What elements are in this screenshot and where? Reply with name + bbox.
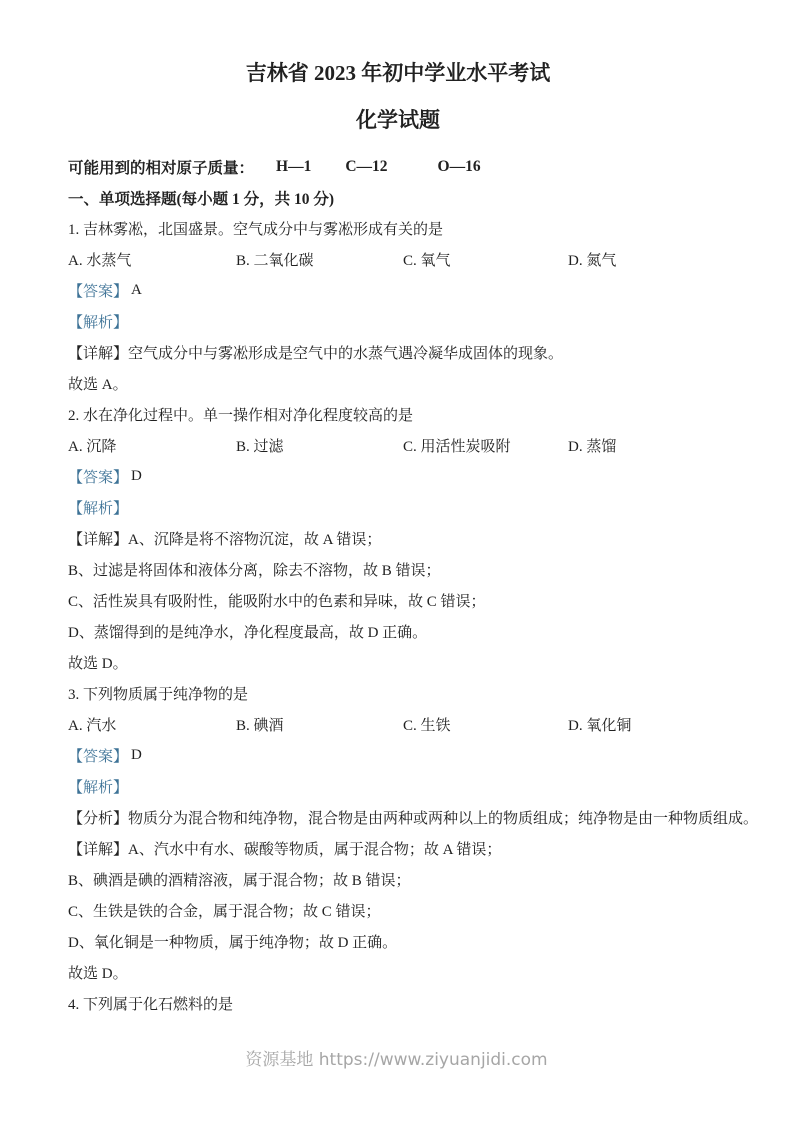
answer-value: D — [131, 468, 142, 485]
question-2-detail-line: C、活性炭具有吸附性，能吸附水中的色素和异味，故 C 错误； — [68, 585, 728, 616]
atomic-mass-h: H—1 — [276, 158, 311, 176]
question-3-options: A. 汽水 B. 碘酒 C. 生铁 D. 氧化铜 — [68, 709, 728, 740]
question-3-analysis-tag-line: 【解析】 — [68, 771, 728, 802]
answer-tag: 【答案】 — [68, 280, 128, 301]
question-1-options: A. 水蒸气 B. 二氧化碳 C. 氧气 D. 氮气 — [68, 244, 728, 275]
question-3-detail-line: D、氧化铜是一种物质，属于纯净物；故 D 正确。 — [68, 926, 728, 957]
atomic-mass-note: 可能用到的相对原子质量： H—1 C—12 O—16 — [68, 151, 728, 182]
question-3-detail-line: C、生铁是铁的合金，属于混合物；故 C 错误； — [68, 895, 728, 926]
question-3-answer-line: 【答案】D — [68, 740, 728, 771]
answer-value: A — [131, 282, 142, 299]
question-3-option-a: A. 汽水 — [68, 714, 236, 735]
question-2-stem: 2. 水在净化过程中。单一操作相对净化程度较高的是 — [68, 399, 728, 430]
question-3-detail-line: B、碘酒是碘的酒精溶液，属于混合物；故 B 错误； — [68, 864, 728, 895]
question-2-answer-line: 【答案】D — [68, 461, 728, 492]
atomic-mass-o: O—16 — [438, 158, 481, 176]
question-2-option-b: B. 过滤 — [236, 435, 403, 456]
section-heading: 一、单项选择题(每小题 1 分，共 10 分) — [68, 182, 728, 213]
exam-subtitle: 化学试题 — [68, 105, 728, 135]
question-2-option-c: C. 用活性炭吸附 — [403, 435, 568, 456]
question-2-detail-line: 【详解】A、沉降是将不溶物沉淀，故 A 错误； — [68, 523, 728, 554]
question-3-detail-line: 【详解】A、汽水中有水、碳酸等物质，属于混合物；故 A 错误； — [68, 833, 728, 864]
answer-tag: 【答案】 — [68, 466, 128, 487]
question-1-option-d: D. 氮气 — [568, 249, 728, 270]
question-3-option-d: D. 氧化铜 — [568, 714, 728, 735]
document-page: 吉林省 2023 年初中学业水平考试 化学试题 可能用到的相对原子质量： H—1… — [0, 0, 793, 1122]
atomic-mass-label: 可能用到的相对原子质量： — [68, 156, 254, 178]
question-3-stem: 3. 下列物质属于纯净物的是 — [68, 678, 728, 709]
document-content: 吉林省 2023 年初中学业水平考试 化学试题 可能用到的相对原子质量： H—1… — [68, 58, 728, 1019]
question-1-option-c: C. 氧气 — [403, 249, 568, 270]
question-2-option-d: D. 蒸馏 — [568, 435, 728, 456]
question-2-conclusion-line: 故选 D。 — [68, 647, 728, 678]
question-1-option-b: B. 二氧化碳 — [236, 249, 403, 270]
question-2-analysis-tag-line: 【解析】 — [68, 492, 728, 523]
question-2-detail-line: D、蒸馏得到的是纯净水，净化程度最高，故 D 正确。 — [68, 616, 728, 647]
question-3-analysis-line: 【分析】物质分为混合物和纯净物，混合物是由两种或两种以上的物质组成；纯净物是由一… — [68, 802, 728, 833]
question-4-stem: 4. 下列属于化石燃料的是 — [68, 988, 728, 1019]
question-2-option-a: A. 沉降 — [68, 435, 236, 456]
atomic-mass-c: C—12 — [345, 158, 387, 176]
analysis-tag: 【解析】 — [68, 776, 128, 797]
question-1-stem: 1. 吉林雾凇，北国盛景。空气成分中与雾凇形成有关的是 — [68, 213, 728, 244]
question-3-conclusion-line: 故选 D。 — [68, 957, 728, 988]
question-3-option-c: C. 生铁 — [403, 714, 568, 735]
question-3-option-b: B. 碘酒 — [236, 714, 403, 735]
question-1-answer-line: 【答案】A — [68, 275, 728, 306]
question-2-options: A. 沉降 B. 过滤 C. 用活性炭吸附 D. 蒸馏 — [68, 430, 728, 461]
question-1-detail-line: 【详解】空气成分中与雾凇形成是空气中的水蒸气遇冷凝华成固体的现象。 — [68, 337, 728, 368]
analysis-tag: 【解析】 — [68, 497, 128, 518]
analysis-tag: 【解析】 — [68, 311, 128, 332]
question-1-conclusion-line: 故选 A。 — [68, 368, 728, 399]
question-2-detail-line: B、过滤是将固体和液体分离，除去不溶物，故 B 错误； — [68, 554, 728, 585]
watermark-footer: 资源基地 https://www.ziyuanjidi.com — [0, 1045, 793, 1075]
answer-tag: 【答案】 — [68, 745, 128, 766]
question-1-option-a: A. 水蒸气 — [68, 249, 236, 270]
answer-value: D — [131, 747, 142, 764]
question-1-analysis-tag-line: 【解析】 — [68, 306, 728, 337]
exam-title: 吉林省 2023 年初中学业水平考试 — [68, 58, 728, 88]
